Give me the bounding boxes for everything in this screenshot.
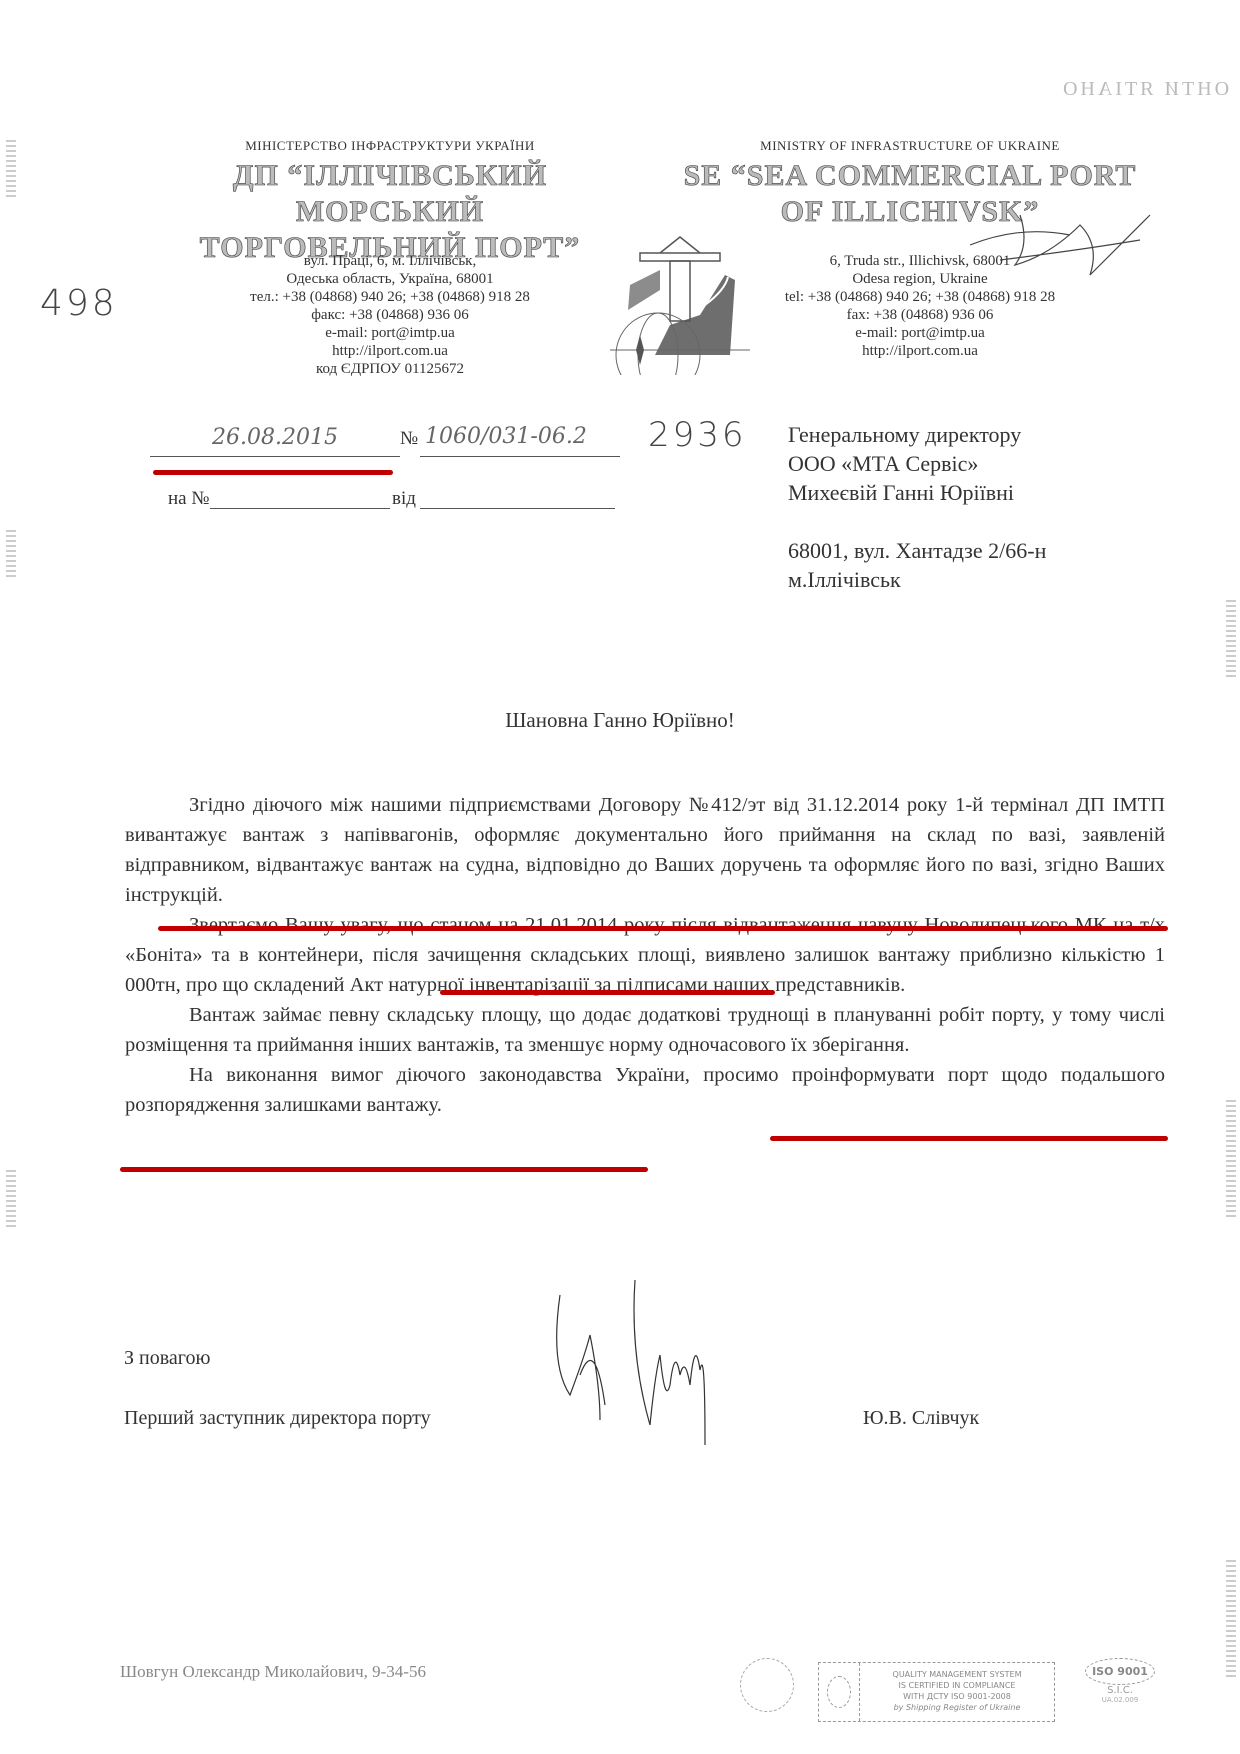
contact-line: Одеська область, Україна, 68001 xyxy=(190,270,590,288)
org-name-ua-1: ДП “ІЛЛІЧІВСЬКИЙ МОРСЬКИЙ xyxy=(140,158,640,230)
scan-artifact xyxy=(6,1170,16,1230)
scan-artifact xyxy=(6,140,16,200)
iso-code: UA.02.009 xyxy=(1085,1696,1155,1704)
salutation: Шановна Ганно Юріївно! xyxy=(0,708,1240,733)
addressee-name: Михеєвій Ганні Юріївні xyxy=(788,478,1046,507)
scan-artifact xyxy=(6,530,16,580)
date-underline xyxy=(150,456,400,457)
scan-artifact xyxy=(1226,600,1236,680)
reply-to-field xyxy=(210,508,390,509)
contact-line: вул. Праці, 6, м. Іллічівськ, xyxy=(190,252,590,270)
outgoing-date-field: 26.08.2015 xyxy=(155,425,395,450)
addressee-position: Генеральному директору xyxy=(788,420,1046,449)
header-signature-icon xyxy=(960,205,1160,295)
contact-line: e-mail: port@imtp.ua xyxy=(740,324,1100,342)
contact-line: e-mail: port@imtp.ua xyxy=(190,324,590,342)
shipping-register-emblem-icon xyxy=(819,1663,860,1721)
signature-icon xyxy=(540,1275,720,1450)
number-underline xyxy=(420,456,620,457)
from-label: від xyxy=(392,488,416,510)
outgoing-number: 1060/031-06.2 xyxy=(425,424,587,449)
certificate-line: IS CERTIFIED IN COMPLIANCE xyxy=(860,1680,1054,1691)
contacts-ua: вул. Праці, 6, м. Іллічівськ, Одеська об… xyxy=(190,252,590,378)
highlight-notice xyxy=(158,926,1168,931)
org-name-en-1: SE “SEA COMMERCIAL PORT xyxy=(640,158,1180,194)
contact-line: факс: +38 (04868) 936 06 xyxy=(190,306,590,324)
iso-sub: S.I.C. xyxy=(1085,1685,1155,1696)
addressee-city: м.Іллічівськ xyxy=(788,565,1046,594)
ministry-ua: МІНІСТЕРСТВО ІНФРАСТРУКТУРИ УКРАЇНИ xyxy=(140,138,640,154)
scan-artifact xyxy=(1226,1560,1236,1680)
margin-note-number: 498 xyxy=(40,283,118,324)
certificate-box: QUALITY MANAGEMENT SYSTEM IS CERTIFIED I… xyxy=(818,1662,1055,1722)
contact-line: код ЄДРПОУ 01125672 xyxy=(190,360,590,378)
scan-artifact xyxy=(1226,1100,1236,1220)
body-paragraph: Звертаємо Вашу увагу, що станом на 21.01… xyxy=(125,910,1165,1000)
outgoing-number-label: № xyxy=(400,428,418,450)
contact-line: http://ilport.com.ua xyxy=(740,342,1100,360)
certificate-text: QUALITY MANAGEMENT SYSTEM IS CERTIFIED I… xyxy=(860,1663,1054,1721)
from-field xyxy=(420,508,615,509)
letterhead-ua: МІНІСТЕРСТВО ІНФРАСТРУКТУРИ УКРАЇНИ ДП “… xyxy=(140,138,640,266)
highlight-request-2 xyxy=(120,1167,648,1172)
ministry-en: MINISTRY OF INFRASTRUCTURE OF UKRAINE xyxy=(640,138,1180,154)
addressee-street: 68001, вул. Хантадзе 2/66-н xyxy=(788,536,1046,565)
highlight-request-1 xyxy=(770,1136,1168,1141)
iso-badge: ISO 9001 S.I.C. UA.02.009 xyxy=(1085,1658,1155,1704)
addressee: Генеральному директору ООО «МТА Сервіс» … xyxy=(788,420,1046,594)
letter-body: Згідно діючого між нашими підприємствами… xyxy=(125,790,1165,1120)
corner-stamp-bleed: ОНТИ ЯТІАНО xyxy=(1060,78,1229,101)
contact-line: fax: +38 (04868) 936 06 xyxy=(740,306,1100,324)
outgoing-date: 26.08.2015 xyxy=(212,425,338,450)
certificate-line: QUALITY MANAGEMENT SYSTEM xyxy=(860,1669,1054,1680)
highlight-quantity xyxy=(440,990,775,995)
iso-9001-icon: ISO 9001 xyxy=(1085,1658,1155,1685)
highlight-date xyxy=(153,470,393,475)
body-paragraph: Згідно діючого між нашими підприємствами… xyxy=(125,790,1165,910)
closing-regards: З повагою xyxy=(124,1347,210,1370)
addressee-company: ООО «МТА Сервіс» xyxy=(788,449,1046,478)
certification-seal-icon xyxy=(740,1658,794,1712)
signer-position: Перший заступник директора порту xyxy=(124,1407,431,1430)
certificate-line: by Shipping Register of Ukraine xyxy=(860,1702,1054,1713)
signatory-name: Ю.В. Слівчук xyxy=(863,1407,979,1430)
body-paragraph: Вантаж займає певну складську площу, що … xyxy=(125,1000,1165,1060)
incoming-stamp-number: 2936 xyxy=(648,415,747,455)
contact-line: тел.: +38 (04868) 940 26; +38 (04868) 91… xyxy=(190,288,590,306)
contact-line: http://ilport.com.ua xyxy=(190,342,590,360)
executor-contact: Шовгун Олександр Миколайович, 9-34-56 xyxy=(120,1662,426,1682)
body-paragraph: На виконання вимог діючого законодавства… xyxy=(125,1060,1165,1120)
port-logo-icon xyxy=(600,215,750,375)
certificate-line: WITH ДСТУ ISO 9001-2008 xyxy=(860,1691,1054,1702)
reply-to-label: на № xyxy=(168,488,209,510)
